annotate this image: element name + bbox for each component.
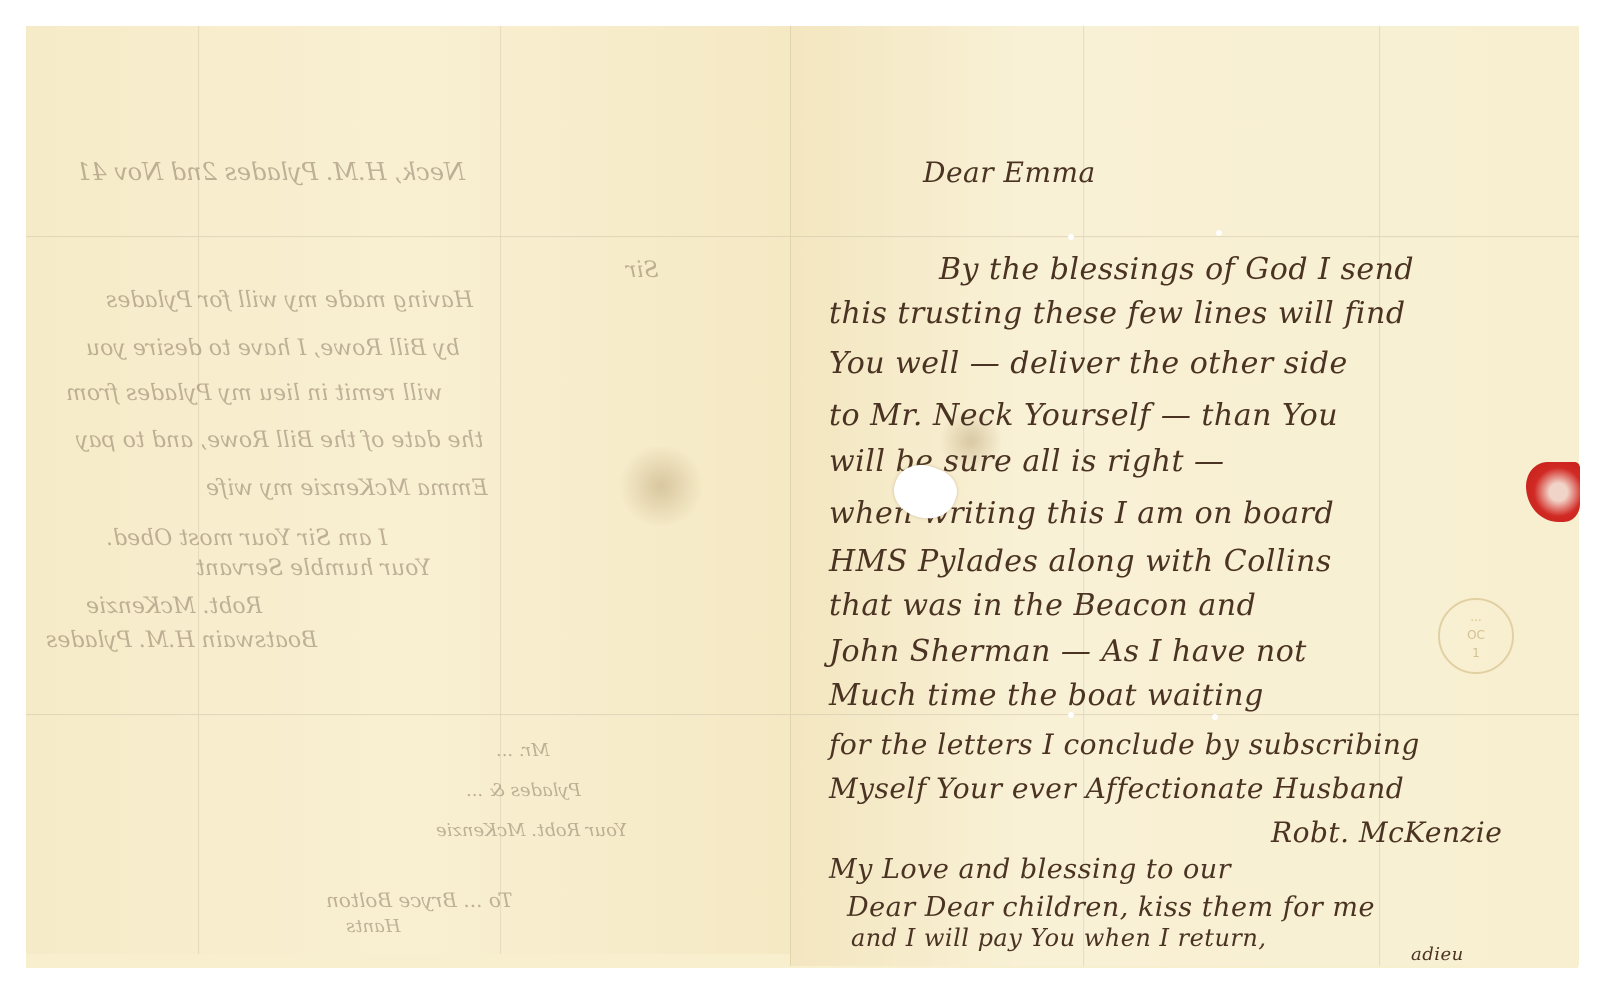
fold-line bbox=[791, 236, 1579, 238]
pin-hole bbox=[1212, 714, 1218, 720]
letter-line: HMS Pylades along with Collins bbox=[829, 544, 1332, 579]
stain bbox=[616, 446, 706, 526]
bleed-line: Robt. McKenzie bbox=[86, 594, 262, 619]
bleed-address: Hants bbox=[346, 916, 401, 937]
fold-line bbox=[791, 714, 1579, 716]
postmark-text: 1 bbox=[1440, 644, 1512, 662]
pin-hole bbox=[1068, 712, 1074, 718]
postmark-text: OC bbox=[1440, 626, 1512, 644]
bleed-line: will remit in lieu my Pylades from bbox=[66, 381, 442, 406]
pin-hole bbox=[1068, 234, 1074, 240]
bleed-address: Mr. ... bbox=[496, 740, 550, 761]
letter-line: will be sure all is right — bbox=[829, 444, 1225, 479]
signature: Robt. McKenzie bbox=[1271, 816, 1502, 849]
letter-line: Myself Your ever Affectionate Husband bbox=[829, 772, 1404, 805]
letter-line: this trusting these few lines will find bbox=[829, 296, 1406, 331]
letter-line: Much time the boat waiting bbox=[829, 678, 1264, 713]
letter-sheet: Neck, H.M. Pylades 2nd Nov 41 Sir Having… bbox=[26, 26, 1578, 968]
bleed-line: Boatswain H.M. Pylades bbox=[46, 628, 317, 653]
letter-line: John Sherman — As I have not bbox=[829, 634, 1307, 669]
bleed-line: by Bill Rowe, I have to desire you bbox=[86, 336, 460, 361]
letter-line: By the blessings of God I send bbox=[939, 252, 1414, 287]
fold-line bbox=[26, 236, 790, 238]
bleed-line: the date of the Bill Rowe, and to pay bbox=[76, 428, 483, 453]
letter-line: for the letters I conclude by subscribin… bbox=[829, 728, 1420, 761]
fold-line bbox=[26, 714, 790, 716]
postscript-line: My Love and blessing to our bbox=[829, 854, 1231, 885]
letter-line: that was in the Beacon and bbox=[829, 588, 1256, 623]
salutation: Dear Emma bbox=[923, 156, 1096, 189]
bleed-line: Having made my will for Pylades bbox=[106, 288, 473, 313]
bleed-line: Your humble Servant bbox=[196, 556, 431, 581]
fold-line bbox=[500, 26, 502, 954]
bleed-line: Sir bbox=[626, 258, 659, 283]
postscript-line: Dear Dear children, kiss them for me bbox=[847, 892, 1375, 923]
bleed-address: Your Robt. McKenzie bbox=[436, 820, 627, 841]
postmark-text: ... bbox=[1440, 608, 1512, 626]
bleed-line: I am Sir Your most Obed. bbox=[106, 526, 387, 551]
bleed-header: Neck, H.M. Pylades 2nd Nov 41 bbox=[76, 158, 465, 186]
bleed-line: Emma McKenzie my wife bbox=[206, 476, 488, 501]
left-page: Neck, H.M. Pylades 2nd Nov 41 Sir Having… bbox=[26, 26, 790, 954]
pin-hole bbox=[1216, 230, 1222, 236]
postscript-line: and I will pay You when I return, bbox=[851, 924, 1266, 952]
closing-adieu: adieu bbox=[1411, 944, 1464, 965]
letter-line: You well — deliver the other side bbox=[829, 346, 1348, 381]
postmark-stamp: ... OC 1 bbox=[1438, 598, 1514, 674]
bleed-address: To ... Bryce Bolton bbox=[326, 888, 513, 912]
bleed-address: Pylades & ... bbox=[466, 780, 581, 801]
letter-line: to Mr. Neck Yourself — than You bbox=[829, 398, 1338, 433]
